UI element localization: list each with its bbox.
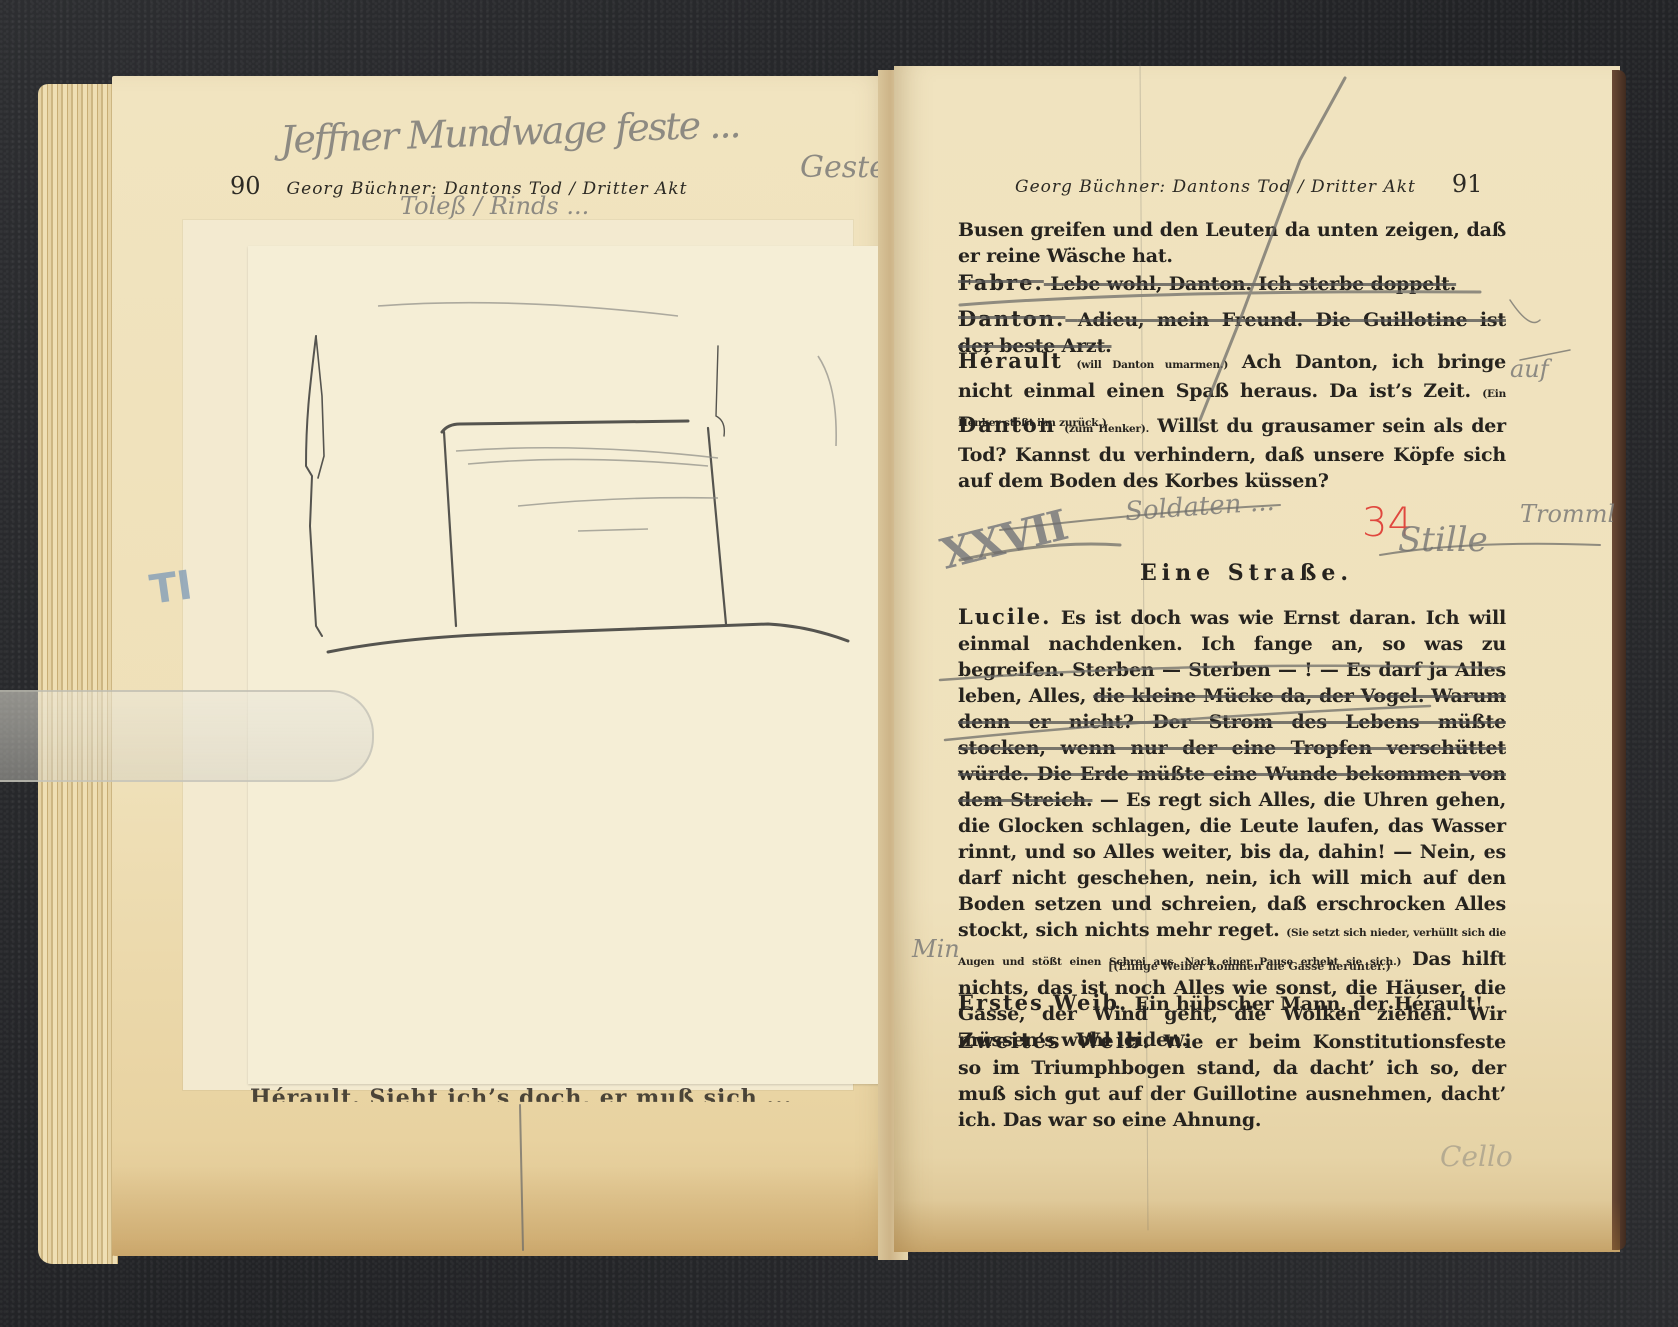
page-stain: [112, 1166, 892, 1256]
pencil-sketch-stage-diagram: [248, 246, 908, 1084]
page-stain-right: [894, 1200, 1620, 1252]
speaker-name: Danton.: [958, 306, 1065, 331]
scene-title: Eine Straße.: [1140, 560, 1353, 586]
paragraph: Busen greifen und den Leuten da unten ze…: [958, 217, 1506, 269]
paragraph-lucile: Lucile. Es ist doch was wie Ernst daran.…: [958, 604, 1506, 1053]
pencil-note-bottom: Cello: [1440, 1140, 1513, 1173]
page-number-right: 91: [1452, 170, 1483, 198]
paragraph: Erstes Weib. Ein hübscher Mann, der Héra…: [958, 990, 1506, 1017]
pencil-note-margin-left: Min: [912, 935, 960, 963]
paragraph-text: Busen greifen und den Leuten da unten ze…: [958, 219, 1506, 267]
stage-direction-text: (Einige Weiber kommen die Gasse herunter…: [1113, 960, 1391, 973]
stage-direction-centered: [(Einige Weiber kommen die Gasse herunte…: [1108, 960, 1391, 973]
right-running-header: Georg Büchner: Dantons Tod / Dritter Akt…: [1015, 170, 1482, 198]
left-page-edges: [38, 84, 118, 1264]
paragraph: Danton (zum Henker). Willst du grausamer…: [958, 412, 1506, 494]
blue-pencil-mark: TI: [147, 562, 195, 613]
pencil-note-tromml: Tromml: [1520, 500, 1615, 528]
stage-direction: (zum Henker).: [1064, 423, 1149, 435]
speaker-name: Erstes Weib.: [958, 990, 1128, 1015]
speaker-name: Lucile.: [958, 604, 1051, 629]
pencil-note-stille: Stille: [1398, 520, 1488, 560]
transparent-paper-clip: [0, 690, 374, 782]
paragraph-struck: Fabre. Lebe wohl, Danton. Ich sterbe dop…: [958, 270, 1506, 297]
pencil-note-margin-right: auf: [1510, 355, 1549, 383]
paragraph: Zweites Weib. Wie er beim Konstitutionsf…: [958, 1028, 1506, 1133]
speaker-name: Hérault: [958, 348, 1063, 373]
paragraph-text: Ein hübscher Mann, der Hérault!: [1135, 993, 1483, 1015]
book-cover-edge: [1612, 70, 1626, 1250]
stage-direction: (will Danton umarmen.): [1077, 359, 1229, 371]
speaker-name: Fabre.: [958, 270, 1044, 295]
paragraph-text: Lebe wohl, Danton. Ich sterbe doppelt.: [1050, 273, 1456, 295]
paragraph-text: — Es regt sich Alles, die Uhren gehen, d…: [958, 789, 1506, 941]
running-head-right: Georg Büchner: Dantons Tod / Dritter Akt: [1015, 177, 1416, 197]
speaker-name: Danton: [958, 412, 1056, 437]
speaker-name: Zweites Weib.: [958, 1028, 1152, 1053]
pencil-note-under-header: Toleß / Rinds ...: [400, 192, 589, 220]
page-number-left: 90: [230, 172, 261, 200]
